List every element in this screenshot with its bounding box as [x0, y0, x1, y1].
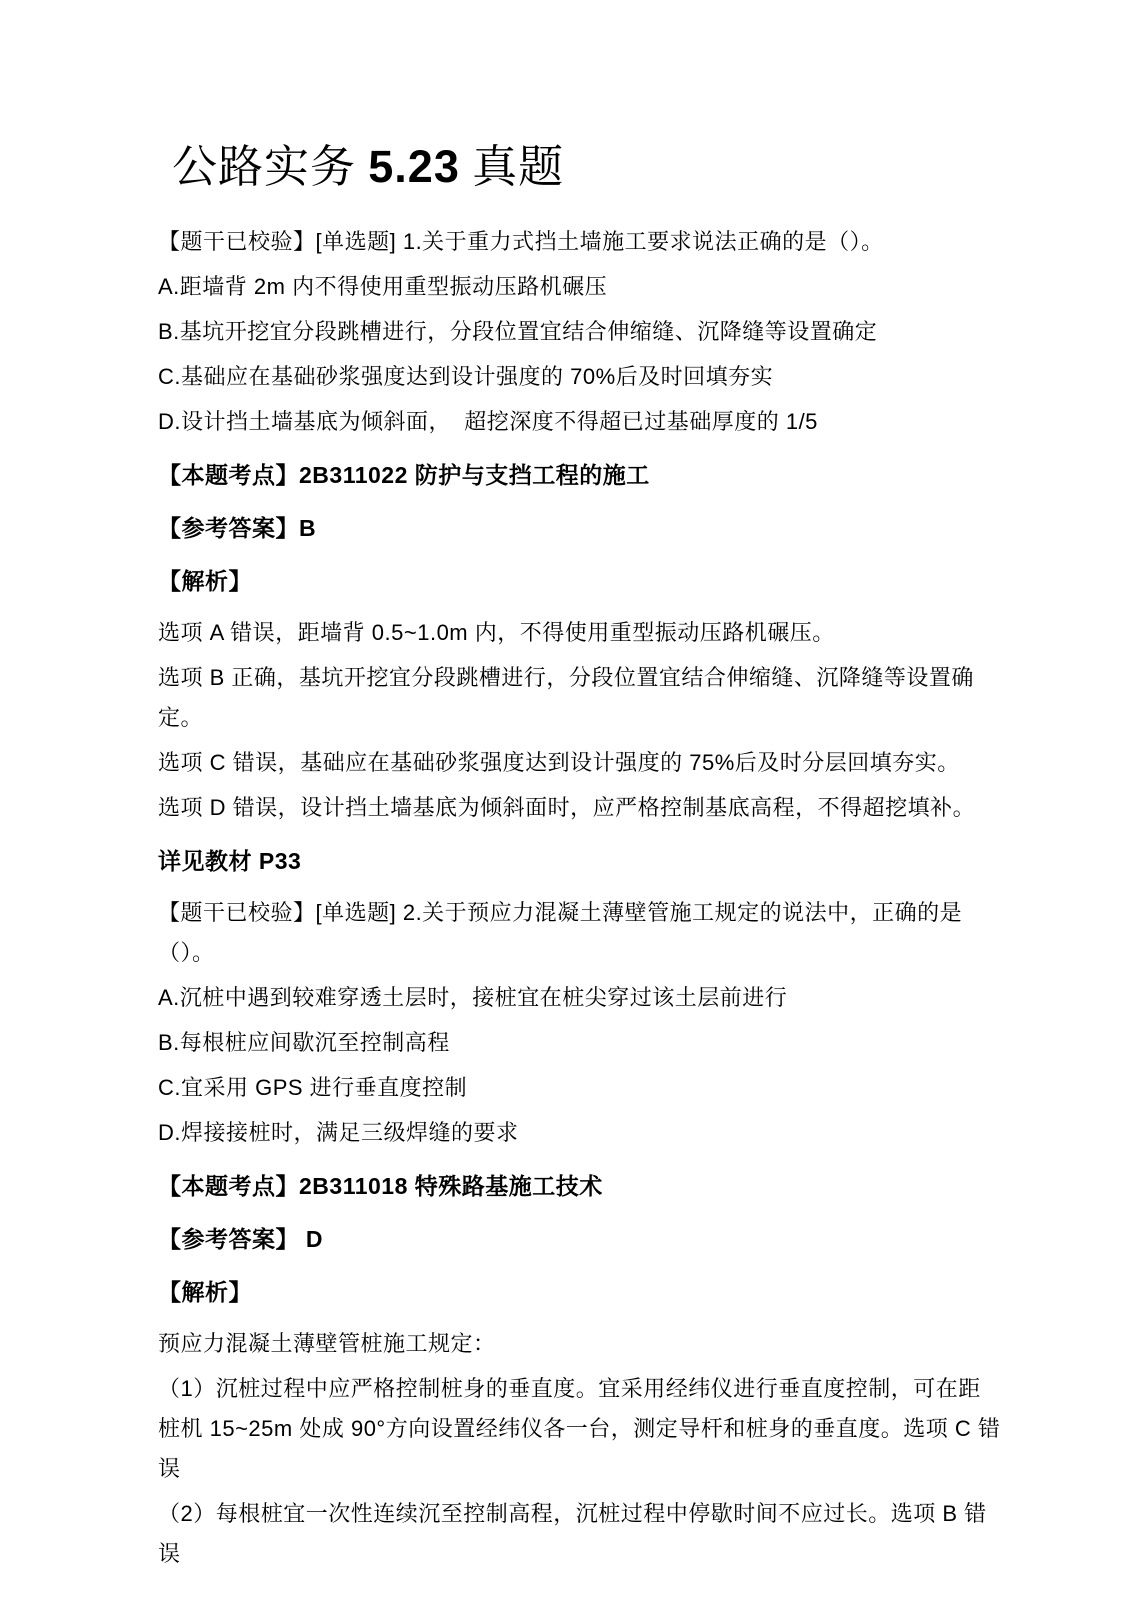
reference-answer-heading: 【参考答案】 D	[158, 1219, 1001, 1259]
document-title-text: 真题	[460, 142, 564, 192]
analysis-intro: 预应力混凝土薄壁管桩施工规定：	[158, 1324, 1001, 1364]
analysis-option-c: 选项 C 错误，基础应在基础砂浆强度达到设计强度的 75%后及时分层回填夯实。	[158, 743, 1001, 783]
document-title-number: 5.23	[368, 141, 460, 192]
option-a: A.沉桩中遇到较难穿透土层时，接桩宜在桩尖穿过该土层前进行	[158, 978, 1001, 1018]
reference-answer-heading: 【参考答案】B	[158, 508, 1001, 548]
option-b: B.基坑开挖宜分段跳槽进行，分段位置宜结合伸缩缝、沉降缝等设置确定	[158, 312, 1001, 352]
analysis-option-a: 选项 A 错误，距墙背 0.5~1.0m 内，不得使用重型振动压路机碾压。	[158, 613, 1001, 653]
question-1: 【题干已校验】[单选题] 1.关于重力式挡土墙施工要求说法正确的是（）。 A.距…	[158, 222, 1001, 881]
option-d: D.焊接接桩时，满足三级焊缝的要求	[158, 1113, 1001, 1153]
analysis-heading: 【解析】	[158, 1272, 1001, 1312]
option-c: C.宜采用 GPS 进行垂直度控制	[158, 1068, 1001, 1108]
analysis-option-d: 选项 D 错误，设计挡土墙基底为倾斜面时，应严格控制基底高程，不得超挖填补。	[158, 788, 1001, 828]
analysis-point-1: （1）沉桩过程中应严格控制桩身的垂直度。宜采用经纬仪进行垂直度控制，可在距桩机 …	[158, 1369, 1001, 1489]
option-a: A.距墙背 2m 内不得使用重型振动压路机碾压	[158, 267, 1001, 307]
document-page: 公路实务 5.23 真题 【题干已校验】[单选题] 1.关于重力式挡土墙施工要求…	[0, 0, 1131, 1600]
document-title-text: 公路实务	[172, 142, 368, 192]
exam-point-heading: 【本题考点】2B311018 特殊路基施工技术	[158, 1166, 1001, 1206]
analysis-point-2: （2）每根桩宜一次性连续沉至控制高程，沉桩过程中停歇时间不应过长。选项 B 错误	[158, 1494, 1001, 1574]
textbook-reference: 详见教材 P33	[158, 841, 1001, 881]
option-b: B.每根桩应间歇沉至控制高程	[158, 1023, 1001, 1063]
analysis-option-b: 选项 B 正确，基坑开挖宜分段跳槽进行，分段位置宜结合伸缩缝、沉降缝等设置确定。	[158, 658, 1001, 738]
question-2: 【题干已校验】[单选题] 2.关于预应力混凝土薄壁管施工规定的说法中，正确的是（…	[158, 893, 1001, 1574]
option-c: C.基础应在基础砂浆强度达到设计强度的 70%后及时回填夯实	[158, 357, 1001, 397]
question-stem: 【题干已校验】[单选题] 1.关于重力式挡土墙施工要求说法正确的是（）。	[158, 222, 1001, 262]
exam-point-heading: 【本题考点】2B311022 防护与支挡工程的施工	[158, 455, 1001, 495]
document-title: 公路实务 5.23 真题	[172, 140, 1001, 194]
analysis-heading: 【解析】	[158, 561, 1001, 601]
question-stem: 【题干已校验】[单选题] 2.关于预应力混凝土薄壁管施工规定的说法中，正确的是（…	[158, 893, 1001, 973]
option-d: D.设计挡土墙基底为倾斜面， 超挖深度不得超已过基础厚度的 1/5	[158, 402, 1001, 442]
